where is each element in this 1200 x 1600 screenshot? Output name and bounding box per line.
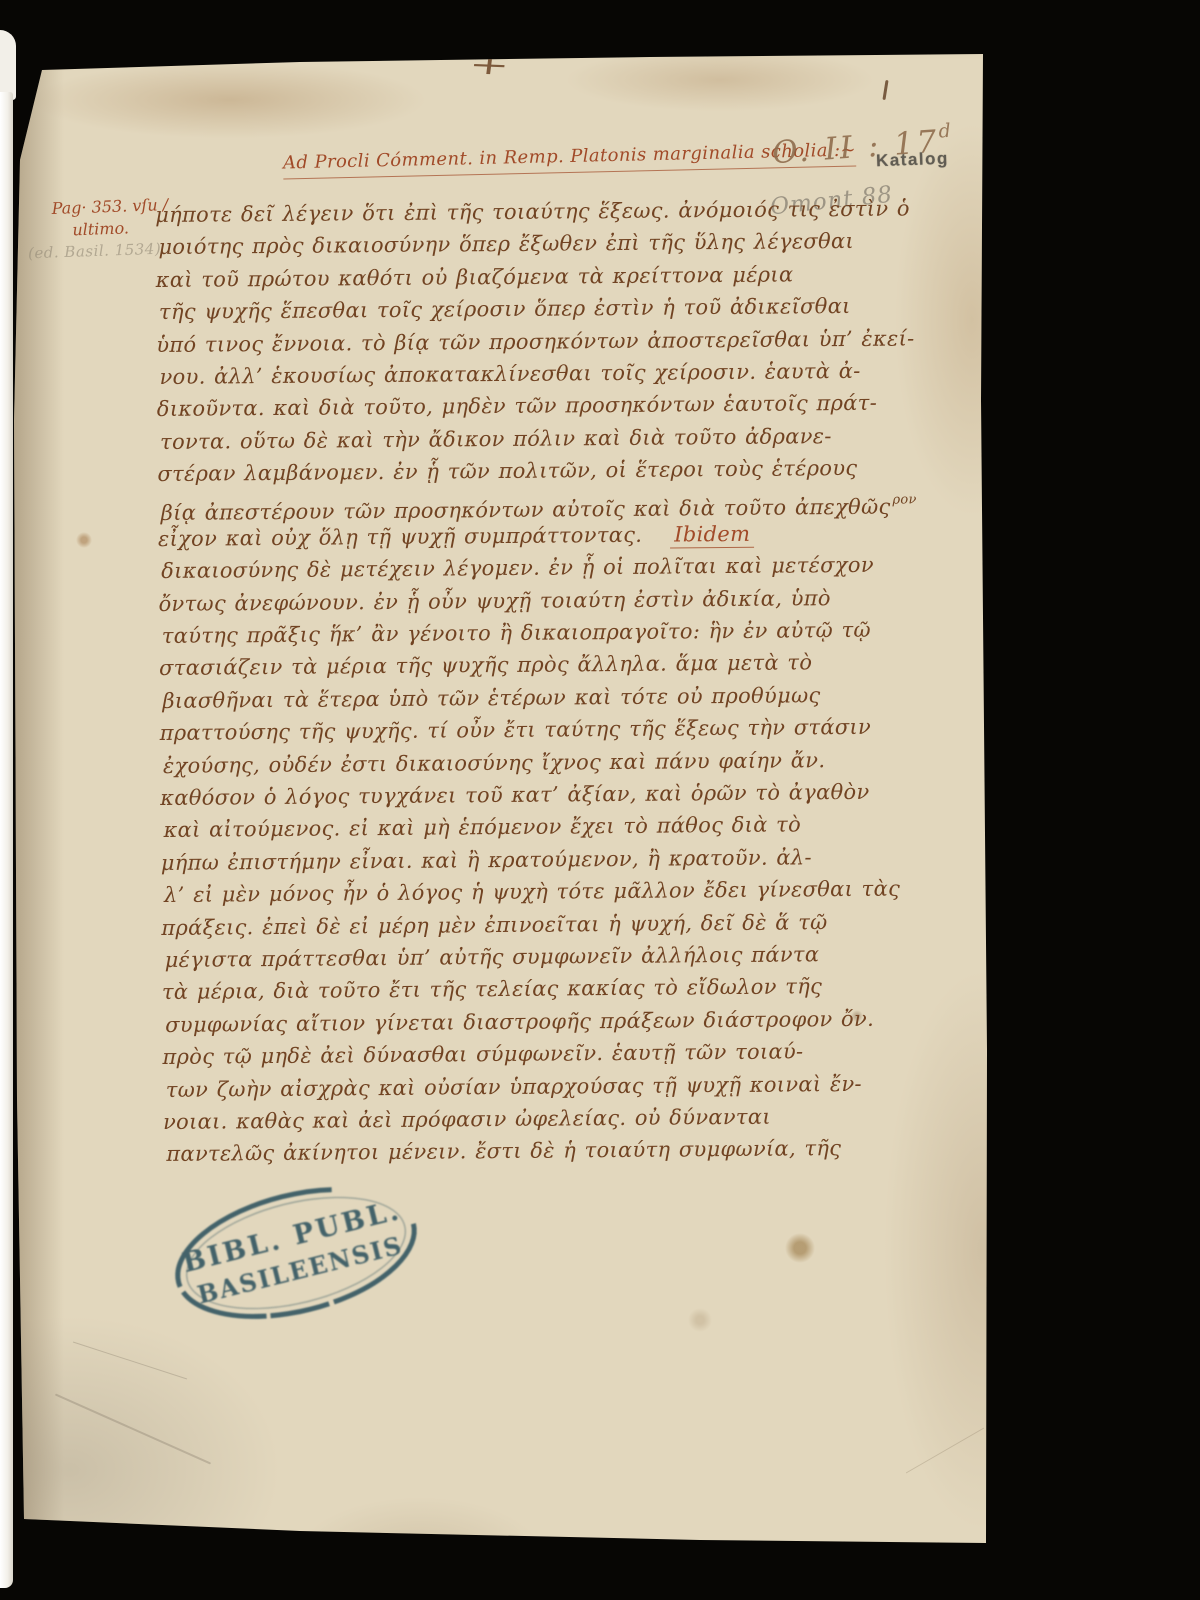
katalog-stamp: Katalog (876, 149, 949, 172)
manuscript-line: λ’ εἰ μὲν μόνος ἦν ὁ λόγος ἡ ψυχὴ τότε μ… (164, 873, 821, 911)
greek-text-block: μήποτε δεῖ λέγειν ὅτι ἐπὶ τῆς τοιαύτης ἕ… (155, 193, 823, 1170)
stray-ink-mark (882, 80, 888, 100)
manuscript-line: δικοῦντα. καὶ διὰ τοῦτο, μηδὲν τῶν προση… (157, 388, 817, 426)
manuscript-line: στέραν λαμβάνομεν. ἐν ᾗ τῶν πολιτῶν, οἱ … (157, 452, 817, 490)
margin-pencil-edition-note: (ed. Basil. 1534) (28, 240, 162, 263)
manuscript-line: δικαιοσύνης δὲ μετέχειν λέγομεν. ἐν ᾗ οἱ… (161, 550, 818, 588)
manuscript-line: παντελῶς ἀκίνητοι μένειν. ἔστι δὲ ἡ τοια… (166, 1133, 823, 1171)
page-crease (906, 1428, 984, 1474)
ibidem-reference: Ibidem (670, 522, 754, 549)
manuscript-line: καὶ αἰτούμενος. εἰ καὶ μὴ ἑπόμενον ἔχει … (163, 809, 820, 847)
interlinear-insertion: ρον (892, 492, 916, 507)
latin-title-annotation: Ad Procli Cómment. in Remp. Platonis mar… (283, 140, 857, 180)
manuscript-line: πρὸς τῷ μηδὲ ἀεὶ δύνασθαι σύμφωνεῖν. ἑαυ… (162, 1035, 822, 1073)
manuscript-line: τὰ μέρια, διὰ τοῦτο ἔτι τῆς τελείας κακί… (162, 971, 822, 1009)
page-crease (55, 1394, 211, 1465)
underlying-leaf-edge (0, 92, 13, 1588)
library-oval-stamp: BIBL. PUBL. BASILEENSIS (166, 1181, 426, 1326)
photograph-scene: + Ad Procli Cómment. in Remp. Platonis m… (0, 0, 1200, 1600)
margin-page-reference-line1: Pag· 353. vſu / (51, 194, 168, 220)
underlying-leaf-edge-top (0, 30, 16, 100)
manuscript-page: + Ad Procli Cómment. in Remp. Platonis m… (0, 0, 1200, 1600)
page-crease (73, 1341, 187, 1379)
manuscript-line: τῆς ψυχῆς ἕπεσθαι τοῖς χείροσιν ὅπερ ἐστ… (159, 290, 816, 328)
shelfmark-superscript: d (938, 120, 952, 143)
collation-cross-mark: + (467, 49, 512, 82)
margin-page-reference: Pag· 353. vſu / ultimo. (51, 194, 169, 242)
manuscript-line: πραττούσης τῆς ψυχῆς. τί οὖν ἔτι ταύτης … (160, 711, 820, 749)
manuscript-line: μοιότης πρὸς δικαιοσύνην ὅπερ ἔξωθεν ἐπὶ… (158, 226, 815, 264)
